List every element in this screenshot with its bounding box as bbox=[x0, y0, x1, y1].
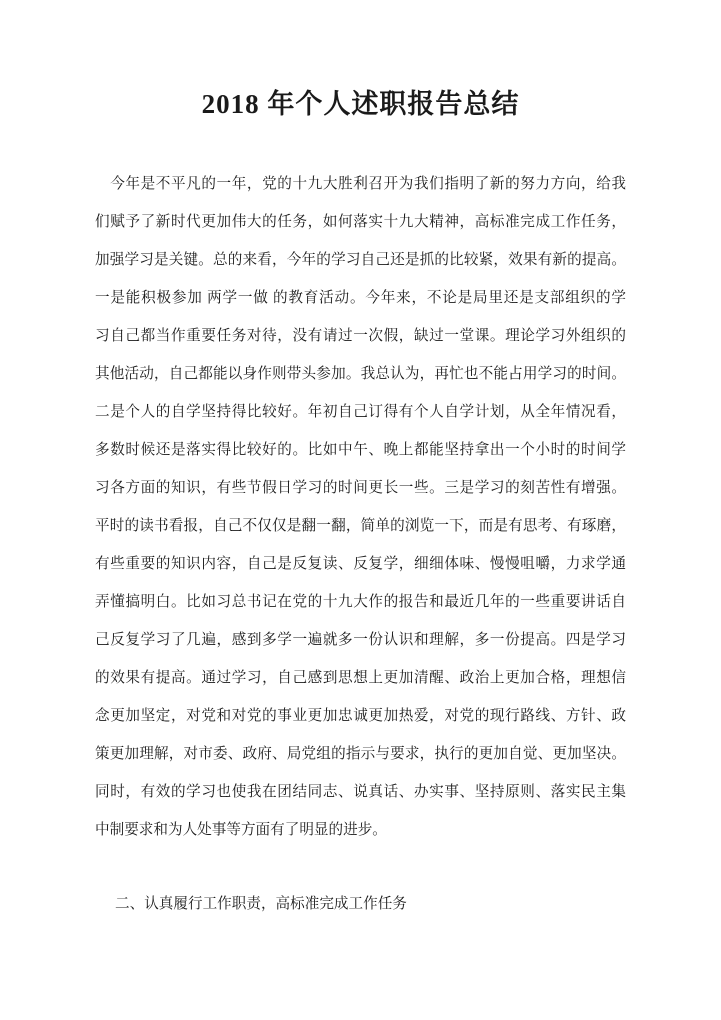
text-line: 中制要求和为人处事等方面有了明显的进步。 bbox=[95, 811, 626, 849]
text-line: 多数时候还是落实得比较好的。比如中午、晚上都能坚持拿出一个小时的时间学 bbox=[95, 431, 626, 469]
text-line: 有些重要的知识内容，自己是反复读、反复学，细细体味、慢慢咀嚼，力求学通 bbox=[95, 545, 626, 583]
text-line: 加强学习是关键。总的来看，今年的学习自己还是抓的比较紧，效果有新的提高。 bbox=[95, 241, 626, 279]
text-line: 念更加坚定，对党和对党的事业更加忠诚更加热爱，对党的现行路线、方针、政 bbox=[95, 697, 626, 735]
paragraph-learning-summary: 今年是不平凡的一年，党的十九大胜利召开为我们指明了新的努力方向，给我们赋予了新时… bbox=[95, 165, 626, 849]
text-line: 平时的读书看报，自己不仅仅是翻一翻，简单的浏览一下，而是有思考、有琢磨， bbox=[95, 507, 626, 545]
document-title: 2018 年个人述职报告总结 bbox=[95, 84, 626, 124]
text-line: 的效果有提高。通过学习，自己感到思想上更加清醒、政治上更加合格，理想信 bbox=[95, 659, 626, 697]
text-line: 二是个人的自学坚持得比较好。年初自己订得有个人自学计划，从全年情况看， bbox=[95, 393, 626, 431]
text-line: 今年是不平凡的一年，党的十九大胜利召开为我们指明了新的努力方向，给我 bbox=[95, 165, 626, 203]
text-line: 习自己都当作重要任务对待，没有请过一次假，缺过一堂课。理论学习外组织的 bbox=[95, 317, 626, 355]
text-line: 弄懂搞明白。比如习总书记在党的十九大作的报告和最近几年的一些重要讲话自 bbox=[95, 583, 626, 621]
text-line: 同时，有效的学习也使我在团结同志、说真话、办实事、坚持原则、落实民主集 bbox=[95, 773, 626, 811]
text-line: 其他活动，自己都能以身作则带头参加。我总认为，再忙也不能占用学习的时间。 bbox=[95, 355, 626, 393]
text-line: 习各方面的知识，有些节假日学习的时间更长一些。三是学习的刻苦性有增强。 bbox=[95, 469, 626, 507]
text-line: 一是能积极参加 两学一做 的教育活动。今年来，不论是局里还是支部组织的学 bbox=[95, 279, 626, 317]
section-heading-two: 二、认真履行工作职责，高标准完成工作任务 bbox=[95, 885, 626, 923]
document-body: 今年是不平凡的一年，党的十九大胜利召开为我们指明了新的努力方向，给我们赋予了新时… bbox=[95, 165, 626, 923]
text-line: 己反复学习了几遍，感到多学一遍就多一份认识和理解，多一份提高。四是学习 bbox=[95, 621, 626, 659]
text-line: 们赋予了新时代更加伟大的任务，如何落实十九大精神，高标准完成工作任务， bbox=[95, 203, 626, 241]
document-page: 2018 年个人述职报告总结 今年是不平凡的一年，党的十九大胜利召开为我们指明了… bbox=[0, 0, 721, 1020]
text-line: 策更加理解，对市委、政府、局党组的指示与要求，执行的更加自觉、更加坚决。 bbox=[95, 735, 626, 773]
